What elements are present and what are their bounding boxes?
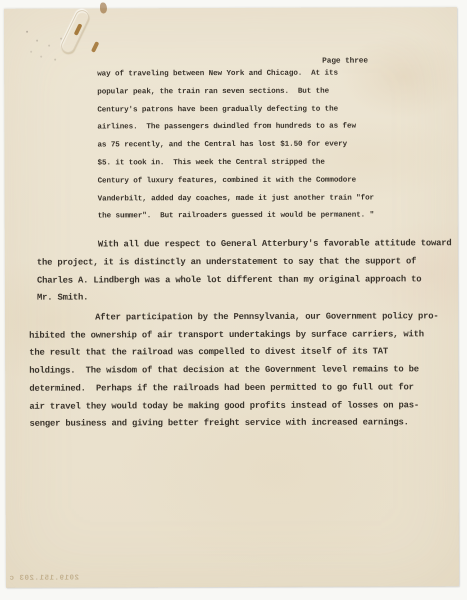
paragraph-atterbury-support: With all due respect to General Atterbur… [37,235,452,307]
quote-line: airlines. The passengers dwindled from h… [97,119,373,138]
scan-background: Page three way of traveling between New … [0,0,467,600]
rust-stain [91,41,99,53]
accession-number-bleedthrough: 2019.151.203 c [9,575,79,583]
paragraph-line: Mr. Smith. [37,288,452,307]
paragraph-line: senger business and giving better freigh… [29,414,438,433]
paragraph-line: hibited the ownership of air transport u… [29,326,438,345]
quote-line: Vanderbilt, added day coaches, made it j… [98,190,374,209]
paragraph-line: With all due respect to General Atterbur… [37,235,452,254]
quoted-passage-block: way of traveling between New York and Ch… [97,66,374,227]
paragraph-line: holdings. The wisdom of that decision at… [29,361,438,380]
document-page: Page three way of traveling between New … [4,7,459,588]
quote-line: the summer". But railroaders guessed it … [98,208,374,227]
paragraph-line: the project, it is distinctly an underst… [37,253,452,272]
quote-line: Century of luxury features, combined it … [98,172,374,191]
quote-line: as 75 recently, and the Central has lost… [97,137,373,156]
edge-stain-mark [100,2,107,13]
paragraph-line: Charles A. Lindbergh was a whole lot dif… [37,271,452,290]
paragraph-line: air travel they would today be making go… [29,397,438,416]
pencil-speckle-marks [26,31,28,33]
paragraph-line: After participation by the Pennsylvania,… [29,308,438,327]
quote-line: popular peak, the train ran seven sectio… [97,83,373,102]
paragraph-line: the result that the railroad was compell… [29,344,438,363]
quote-line: Century's patrons have been gradually de… [97,101,373,120]
quote-line: $5. it took in. This week the Central st… [98,154,374,173]
paragraph-line: determined. Perhaps if the railroads had… [29,379,438,398]
quote-line: way of traveling between New York and Ch… [97,66,373,85]
paragraph-government-policy: After participation by the Pennsylvania,… [29,308,439,433]
